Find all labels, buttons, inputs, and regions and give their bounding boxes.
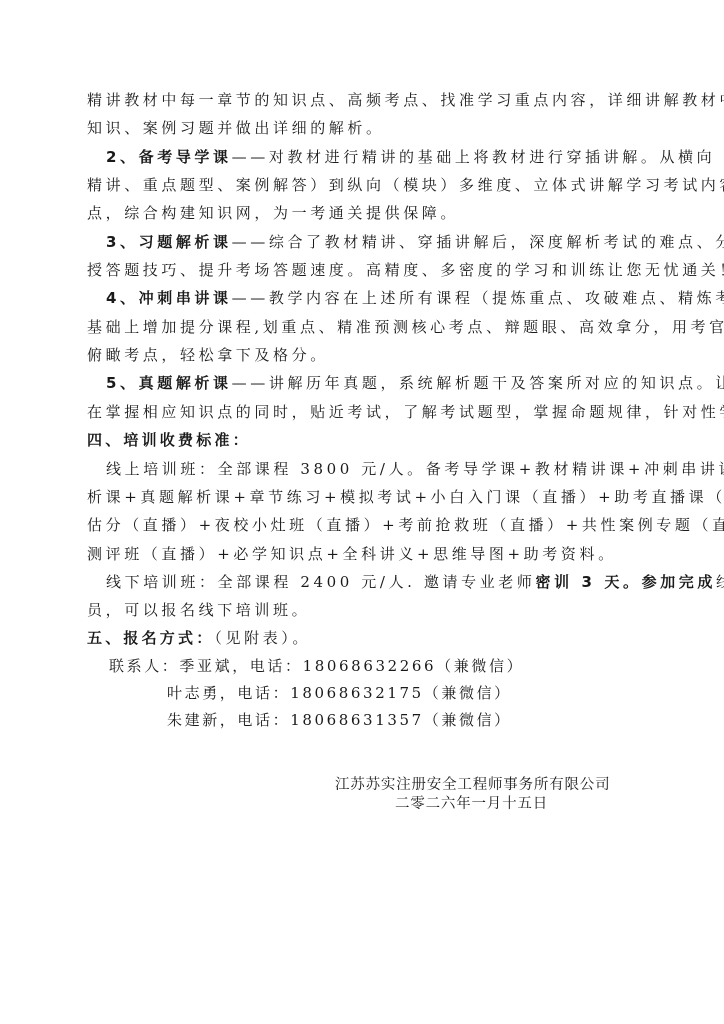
course-item-3: 3、习题解析课——综合了教材精讲、穿插讲解后，深度解析考试的难点、分类传 — [106, 232, 639, 252]
heading-note: （见附表）。 — [214, 629, 311, 647]
section-heading-fees: 四、培训收费标准： — [87, 430, 639, 450]
offline-text: 线下培训班：全部课程 2400 元/人. 邀请专业老师 — [106, 573, 536, 591]
signature-company: 江苏苏实注册安全工程师事务所有限公司 — [335, 776, 610, 794]
contact-row: 叶志勇，电话：18068632175（兼微信） — [167, 683, 512, 703]
contact-label: 联系人： — [109, 657, 179, 675]
paragraph-line: 知识、案例习题并做出详细的解析。 — [87, 118, 639, 138]
offline-class-line: 线下培训班：全部课程 2400 元/人. 邀请专业老师密训 3 天。参加完成线上… — [106, 572, 639, 592]
contact-row: 朱建新，电话：18068631357（兼微信） — [167, 710, 512, 730]
course-title: 4、冲刺串讲课 — [106, 289, 232, 307]
course-title: 5、真题解析课 — [106, 374, 232, 392]
paragraph-line: 精讲、重点题型、案例解答）到纵向（模块）多维度、立体式讲解学习考试内容和知识 — [87, 175, 639, 195]
paragraph-line: 在掌握相应知识点的同时，贴近考试，了解考试题型，掌握命题规律，针对性学习。 — [87, 402, 639, 422]
offline-text: 线上培训学 — [716, 573, 724, 591]
course-desc: ——对教材进行精讲的基础上将教材进行穿插讲解。从横向（教材 — [232, 148, 724, 166]
section-heading-registration: 五、报名方式：（见附表）。 — [87, 628, 639, 648]
paragraph-line: 测评班（直播）+必学知识点+全科讲义+思维导图+助考资料。 — [87, 544, 639, 564]
paragraph-line: 俯瞰考点，轻松拿下及格分。 — [87, 345, 639, 365]
paragraph-line: 估分（直播）+夜校小灶班（直播）+考前抢救班（直播）+共性案例专题（直播）+模考 — [87, 515, 639, 535]
contact-info: 季亚斌，电话：18068632266（兼微信） — [179, 657, 524, 675]
paragraph-line: 授答题技巧、提升考场答题速度。高精度、多密度的学习和训练让您无忧通关！ — [87, 260, 639, 280]
paragraph-line: 员，可以报名线下培训班。 — [87, 600, 639, 620]
course-item-5: 5、真题解析课——讲解历年真题，系统解析题干及答案所对应的知识点。让学员 — [106, 373, 639, 393]
paragraph-line: 基础上增加提分课程,划重点、精准预测核心考点、辩题眼、高效拿分，用考官视角， — [87, 317, 639, 337]
course-item-4: 4、冲刺串讲课——教学内容在上述所有课程（提炼重点、攻破难点、精炼考点） — [106, 288, 639, 308]
document-page: 精讲教材中每一章节的知识点、高频考点、找准学习重点内容，详细讲解教材中的专业 知… — [0, 0, 724, 1024]
contact-row: 联系人：季亚斌，电话：18068632266（兼微信） — [109, 656, 524, 676]
paragraph-line: 析课+真题解析课+章节练习+模拟考试+小白入门课（直播）+助考直播课（直播）+考… — [87, 487, 639, 507]
course-desc: ——教学内容在上述所有课程（提炼重点、攻破难点、精炼考点） — [232, 289, 724, 307]
signature-date: 二零二六年一月十五日 — [395, 795, 548, 813]
offline-emphasis: 密训 3 天。参加完成 — [536, 573, 716, 591]
online-class-line: 线上培训班：全部课程 3800 元/人。备考导学课+教材精讲课+冲刺串讲课+习题… — [106, 459, 639, 479]
course-title: 3、习题解析课 — [106, 233, 232, 251]
course-item-2: 2、备考导学课——对教材进行精讲的基础上将教材进行穿插讲解。从横向（教材 — [106, 147, 639, 167]
paragraph-line: 精讲教材中每一章节的知识点、高频考点、找准学习重点内容，详细讲解教材中的专业 — [87, 90, 639, 110]
course-title: 2、备考导学课 — [106, 148, 232, 166]
paragraph-line: 点，综合构建知识网，为一考通关提供保障。 — [87, 203, 639, 223]
section-heading: 五、报名方式： — [87, 629, 214, 647]
course-desc: ——讲解历年真题，系统解析题干及答案所对应的知识点。让学员 — [232, 374, 724, 392]
course-desc: ——综合了教材精讲、穿插讲解后，深度解析考试的难点、分类传 — [232, 233, 724, 251]
